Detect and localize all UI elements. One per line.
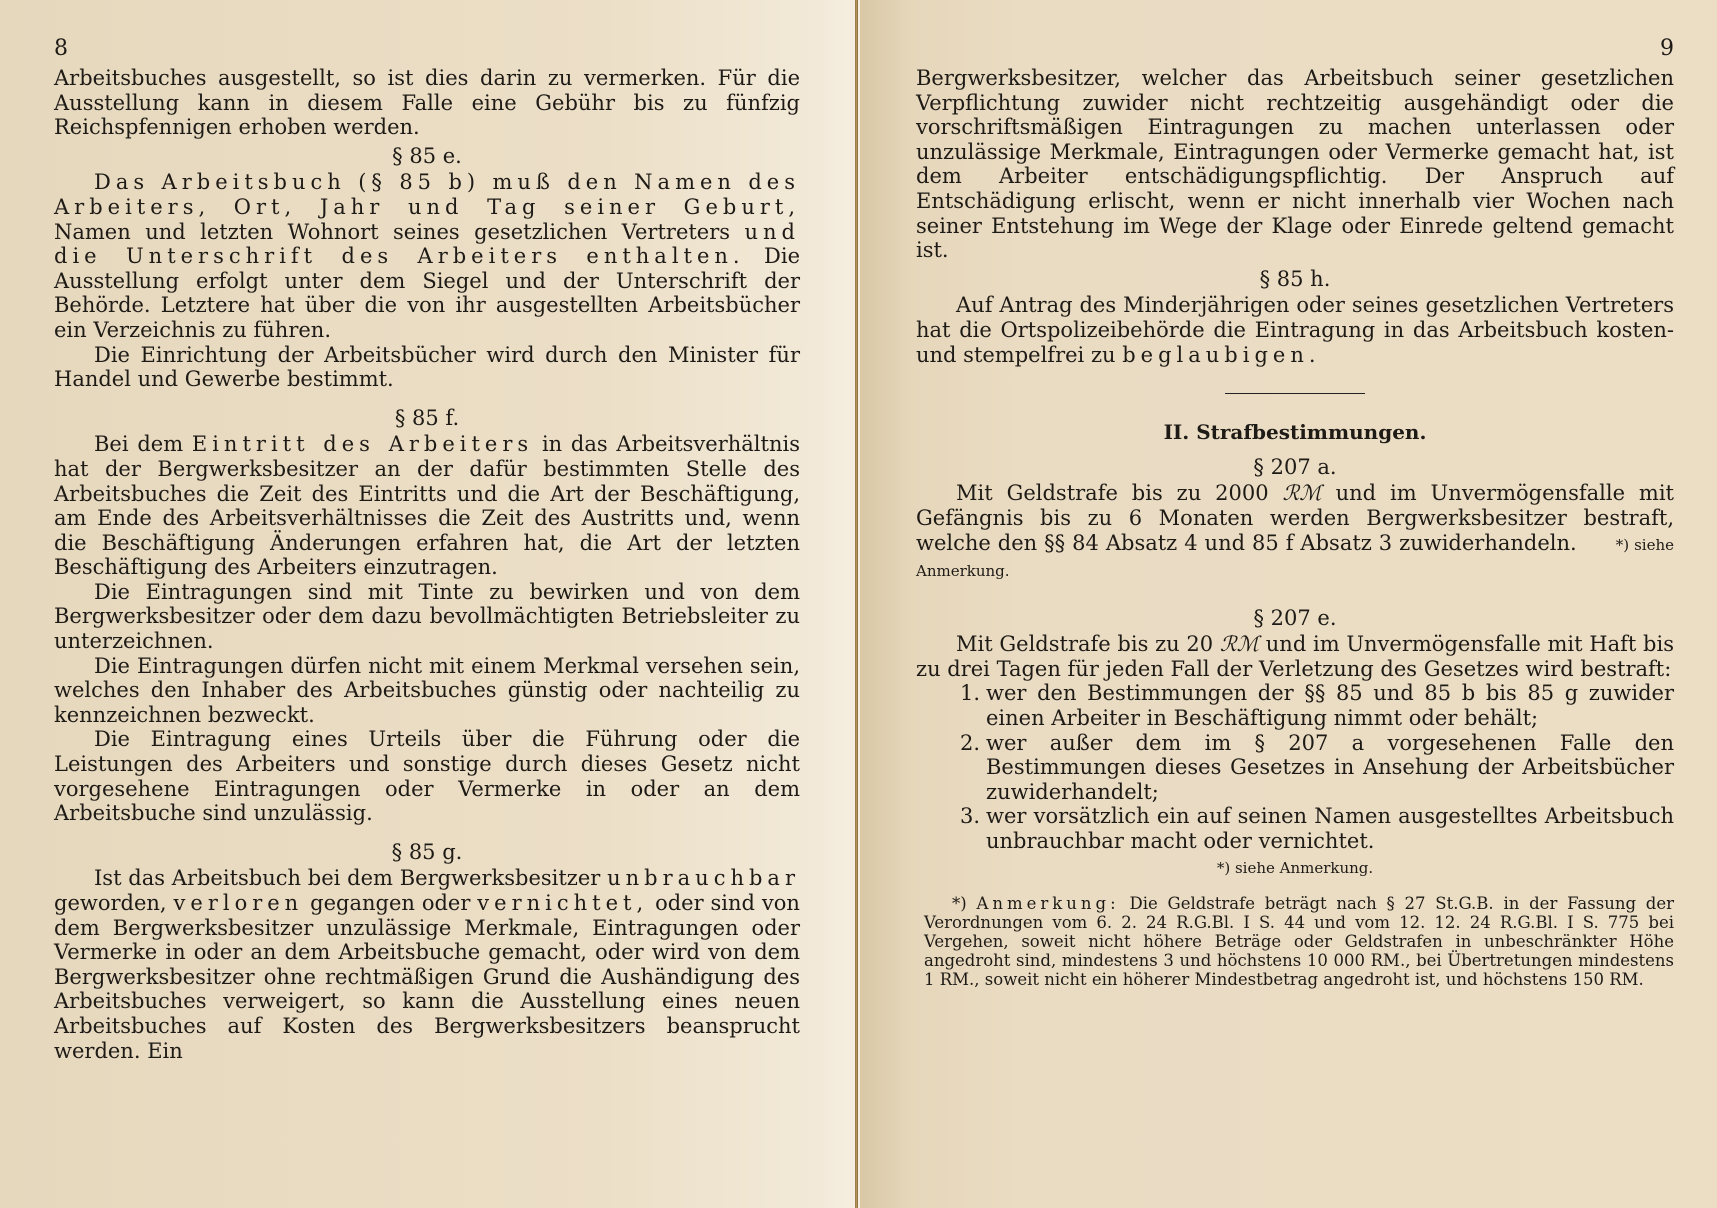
text: Namen und letzten Wohnort seines gesetzl… [54,220,730,244]
right-page: 9 Bergwerksbesitzer, welcher das Arbeits… [860,0,1717,1208]
list-number: 2. [960,731,986,805]
footnote: *) Anmerkung: Die Geldstrafe beträgt nac… [916,894,1674,989]
paragraph: Mit Geldstrafe bis zu 2000 ℛℳ und im Unv… [916,481,1674,583]
emphasized-text: Eintritt des Arbeiters [192,432,533,456]
footnote-paragraph: *) Anmerkung: Die Geldstrafe beträgt nac… [924,894,1674,989]
emphasized-text: vernichtet, [477,891,648,915]
list-item: 2. wer außer dem im § 207 a vorgesehenen… [960,731,1674,805]
section-heading-85h: § 85 h. [916,267,1674,292]
paragraph: Die Eintragungen dürfen nicht mit einem … [54,654,800,728]
paragraph: Die Einrichtung der Arbeitsbücher wird d… [54,343,800,392]
text: Mit Geldstrafe bis zu 2000 [956,481,1269,505]
emphasized-text: beglaubigen. [1122,343,1320,367]
book-spread: 8 Arbeitsbuches ausgestellt, so ist dies… [0,0,1717,1208]
paragraph: Auf Antrag des Minderjährigen oder seine… [916,293,1674,367]
paragraph: Die Eintragungen sind mit Tinte zu bewir… [54,580,800,654]
list-text: wer vorsätzlich ein auf seinen Namen aus… [986,804,1674,853]
paragraph: Arbeitsbuches ausgestellt, so ist dies d… [54,66,800,140]
emphasized-text: verloren [174,891,304,915]
chapter-heading: II. Strafbestimmungen. [916,420,1674,445]
text: Mit Geldstrafe bis zu 20 [956,632,1213,656]
currency-symbol: ℛℳ [1283,481,1322,505]
list-number: 1. [960,681,986,730]
footnote-marker: *) [952,894,967,913]
paragraph: Das Arbeitsbuch (§ 85 b) muß den Namen d… [54,170,800,342]
right-page-body: Bergwerksbesitzer, welcher das Arbeitsbu… [916,66,1674,989]
footnote-label: Anmerkung: [976,894,1119,913]
list-item: 1. wer den Bestimmungen der §§ 85 und 85… [960,681,1674,730]
list-text: wer den Bestimmungen der §§ 85 und 85 b … [986,681,1674,730]
left-page-body: Arbeitsbuches ausgestellt, so ist dies d… [54,66,800,1063]
emphasized-text: unbrauchbar [607,866,800,890]
text: oder sind von dem Bergwerksbesitzer unzu… [54,891,800,1063]
section-divider [1225,393,1365,394]
list-text: wer außer dem im § 207 a vorgesehenen Fa… [986,731,1674,805]
paragraph: Bei dem Eintritt des Arbeiters in das Ar… [54,432,800,580]
section-heading-85f: § 85 f. [54,406,800,431]
page-number: 8 [54,36,860,66]
section-heading-85g: § 85 g. [54,840,800,865]
text: geworden, [54,891,167,915]
paragraph: Bergwerksbesitzer, welcher das Arbeitsbu… [916,66,1674,263]
section-heading-85e: § 85 e. [54,144,800,169]
left-page: 8 Arbeitsbuches ausgestellt, so ist dies… [0,0,860,1208]
footnote-reference: *) siehe Anmerkung. [916,856,1674,881]
page-number: 9 [916,36,1674,66]
text: Ist das Arbeitsbuch bei dem Bergwerksbes… [94,866,600,890]
list-number: 3. [960,804,986,853]
section-heading-207a: § 207 a. [916,455,1674,480]
list-item: 3. wer vorsätzlich ein auf seinen Namen … [960,804,1674,853]
emphasized-text: Das Arbeitsbuch (§ 85 b) muß den Namen d… [54,170,800,219]
paragraph: Die Eintragung eines Urteils über die Fü… [54,727,800,825]
paragraph: Ist das Arbeitsbuch bei dem Bergwerksbes… [54,866,800,1063]
paragraph: Mit Geldstrafe bis zu 20 ℛℳ und im Unver… [916,632,1674,681]
book-gutter [855,0,858,1208]
section-heading-207e: § 207 e. [916,606,1674,631]
numbered-list: 1. wer den Bestimmungen der §§ 85 und 85… [916,681,1674,853]
text: Bei dem [94,432,183,456]
currency-symbol: ℛℳ [1220,632,1259,656]
text: gegangen oder [310,891,470,915]
